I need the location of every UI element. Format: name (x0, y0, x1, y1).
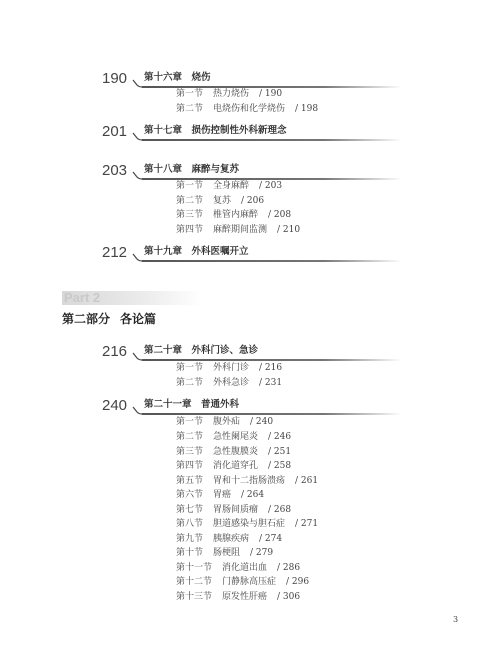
section-number: 第六节 (176, 489, 203, 501)
chapter-page-number: 201 (102, 123, 127, 141)
section-title: 全身麻醉 (213, 180, 249, 192)
section-number: 第二节 (176, 195, 203, 207)
toc-section[interactable]: 第四节麻醉期间监测/ 210 (176, 224, 300, 236)
section-title: 肠梗阻 (213, 547, 240, 559)
toc-section[interactable]: 第十节肠梗阻/ 279 (176, 547, 273, 559)
section-number: 第一节 (176, 180, 203, 192)
toc-section[interactable]: 第六节胃癌/ 264 (176, 489, 264, 501)
toc-section[interactable]: 第五节胃和十二指肠溃疡/ 261 (176, 475, 318, 487)
section-page: / 246 (268, 431, 291, 443)
section-number: 第三节 (176, 446, 203, 458)
chapter-page-number: 212 (102, 244, 127, 262)
chapter-page-number: 190 (102, 70, 127, 88)
toc-section[interactable]: 第一节全身麻醉/ 203 (176, 180, 282, 192)
section-title: 热力烧伤 (213, 88, 249, 100)
section-number: 第十三节 (176, 591, 212, 603)
toc-section[interactable]: 第十三节原发性肝癌/ 306 (176, 591, 300, 603)
section-number: 第一节 (176, 416, 203, 428)
section-number: 第四节 (176, 224, 203, 236)
section-number: 第二节 (176, 431, 203, 443)
section-page: / 216 (259, 362, 282, 374)
chapter-title: 第十八章 麻醉与复苏 (144, 163, 239, 177)
section-page: / 261 (295, 475, 318, 487)
toc-section[interactable]: 第三节椎管内麻醉/ 208 (176, 209, 291, 221)
section-number: 第五节 (176, 475, 203, 487)
toc-section[interactable]: 第一节热力烧伤/ 190 (176, 88, 282, 100)
section-title: 胆道感染与胆石症 (213, 518, 285, 530)
toc-section[interactable]: 第二节复苏/ 206 (176, 195, 264, 207)
toc-section[interactable]: 第九节胰腺疾病/ 274 (176, 533, 282, 545)
section-page: / 208 (268, 209, 291, 221)
section-page: / 206 (241, 195, 264, 207)
section-number: 第七节 (176, 504, 203, 516)
section-title: 胃肠间质瘤 (213, 504, 258, 516)
toc-section[interactable]: 第四节消化道穿孔/ 258 (176, 460, 291, 472)
section-number: 第九节 (176, 533, 203, 545)
section-page: / 190 (259, 88, 282, 100)
toc-section[interactable]: 第一节外科门诊/ 216 (176, 362, 282, 374)
toc-section[interactable]: 第十一节消化道出血/ 286 (176, 562, 300, 574)
section-page: / 271 (295, 518, 318, 530)
section-number: 第二节 (176, 377, 203, 389)
section-number: 第十二节 (176, 576, 212, 588)
section-page: / 198 (295, 103, 318, 115)
section-page: / 258 (268, 460, 291, 472)
section-title: 腹外疝 (213, 416, 240, 428)
section-title: 急性腹膜炎 (213, 446, 258, 458)
section-page: / 240 (250, 416, 273, 428)
section-page: / 296 (286, 576, 309, 588)
section-page: / 274 (259, 533, 282, 545)
toc-section[interactable]: 第七节胃肠间质瘤/ 268 (176, 504, 291, 516)
section-title: 麻醉期间监测 (213, 224, 267, 236)
section-number: 第一节 (176, 362, 203, 374)
page-number: 3 (453, 615, 458, 624)
section-page: / 203 (259, 180, 282, 192)
section-number: 第一节 (176, 88, 203, 100)
section-title: 原发性肝癌 (222, 591, 267, 603)
section-title: 门静脉高压症 (222, 576, 276, 588)
part-title-name: 各论篇 (120, 312, 156, 326)
section-number: 第八节 (176, 518, 203, 530)
section-title: 椎管内麻醉 (213, 209, 258, 221)
section-title: 胰腺疾病 (213, 533, 249, 545)
section-title: 电烧伤和化学烧伤 (213, 103, 285, 115)
part-label: Part 2 (64, 290, 100, 305)
section-page: / 231 (259, 377, 282, 389)
section-page: / 286 (277, 562, 300, 574)
section-page: / 251 (268, 446, 291, 458)
section-title: 外科急诊 (213, 377, 249, 389)
toc-section[interactable]: 第二节外科急诊/ 231 (176, 377, 282, 389)
chapter-title: 第二十章 外科门诊、急诊 (144, 344, 258, 358)
chapter-title: 第二十一章 普通外科 (144, 398, 239, 412)
section-number: 第四节 (176, 460, 203, 472)
part-title-number: 第二部分 (62, 312, 110, 326)
toc-section[interactable]: 第三节急性腹膜炎/ 251 (176, 446, 291, 458)
section-title: 胃癌 (213, 489, 231, 501)
chapter-page-number: 240 (102, 397, 127, 415)
section-number: 第十节 (176, 547, 203, 559)
section-title: 复苏 (213, 195, 231, 207)
chapter-title: 第十九章 外科医嘱开立 (144, 245, 249, 259)
section-page: / 264 (241, 489, 264, 501)
section-page: / 306 (277, 591, 300, 603)
chapter-underline (142, 260, 402, 262)
chapter-title: 第十七章 损伤控制性外科新理念 (144, 124, 287, 138)
section-title: 消化道出血 (222, 562, 267, 574)
chapter-underline (142, 139, 402, 141)
section-title: 消化道穿孔 (213, 460, 258, 472)
section-number: 第十一节 (176, 562, 212, 574)
toc-section[interactable]: 第二节电烧伤和化学烧伤/ 198 (176, 103, 318, 115)
section-page: / 279 (250, 547, 273, 559)
toc-section[interactable]: 第二节急性阑尾炎/ 246 (176, 431, 291, 443)
section-title: 外科门诊 (213, 362, 249, 374)
toc-section[interactable]: 第一节腹外疝/ 240 (176, 416, 273, 428)
section-page: / 268 (268, 504, 291, 516)
section-number: 第二节 (176, 103, 203, 115)
chapter-page-number: 203 (102, 162, 127, 180)
chapter-page-number: 216 (102, 343, 127, 361)
section-number: 第三节 (176, 209, 203, 221)
toc-section[interactable]: 第八节胆道感染与胆石症/ 271 (176, 518, 318, 530)
chapter-underline (142, 359, 402, 361)
chapter-title: 第十六章 烧伤 (144, 71, 211, 85)
section-title: 急性阑尾炎 (213, 431, 258, 443)
chapter-underline (142, 413, 402, 415)
part-title: 第二部分各论篇 (62, 310, 156, 327)
section-page: / 210 (277, 224, 300, 236)
toc-section[interactable]: 第十二节门静脉高压症/ 296 (176, 576, 309, 588)
section-title: 胃和十二指肠溃疡 (213, 475, 285, 487)
